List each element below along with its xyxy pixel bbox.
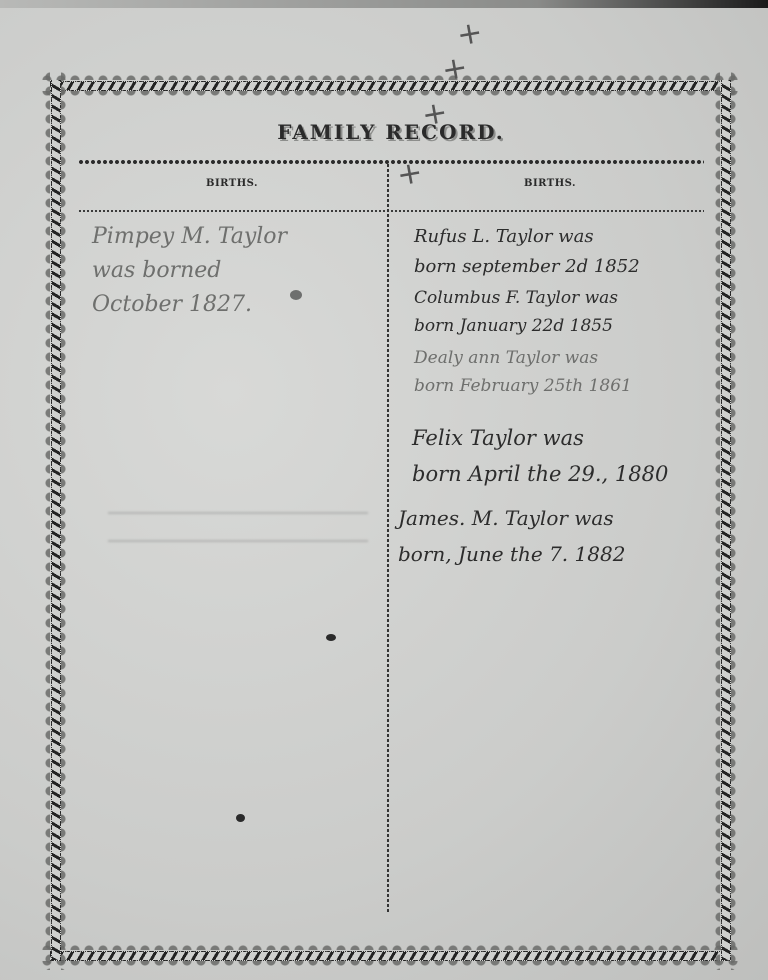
entry-line: born January 22d 1855 (414, 312, 618, 340)
birth-entry-left-0: Pimpey M. Taylor was borned October 1827… (92, 220, 287, 322)
border-tooth-col (61, 70, 71, 970)
border-rope (50, 951, 730, 961)
entry-line: born February 25th 1861 (414, 372, 632, 400)
entry-line: October 1827. (92, 288, 287, 322)
border-tooth-row (40, 940, 740, 950)
margin-annotation: ✕ ✕ ✕ ✕ (380, 10, 530, 210)
border-left (40, 70, 70, 970)
border-tooth-col (40, 70, 50, 970)
birth-entry-right-1: Columbus F. Taylor was born January 22d … (414, 284, 618, 340)
entry-line: was borned (92, 254, 287, 288)
entry-line: Columbus F. Taylor was (414, 284, 618, 312)
annotation-mark: ✕ (437, 52, 474, 87)
entry-line: born september 2d 1852 (414, 252, 640, 282)
column-header-right: BIRTHS. (524, 178, 576, 189)
entry-line: born, June the 7. 1882 (398, 536, 625, 572)
border-rope (51, 80, 61, 960)
record-page: FAMILY RECORD. BIRTHS. BIRTHS. Pimpey M.… (78, 108, 704, 918)
border-right (710, 70, 740, 970)
border-rope (721, 80, 731, 960)
annotation-mark: ✕ (417, 97, 454, 132)
ink-stain (236, 814, 245, 822)
annotation-mark: ✕ (392, 157, 429, 192)
border-tooth-col (731, 70, 741, 970)
entry-line: Felix Taylor was (412, 420, 668, 456)
birth-entry-right-4: James. M. Taylor was born, June the 7. 1… (398, 500, 625, 572)
column-header-left: BIRTHS. (206, 178, 258, 189)
entry-line: Rufus L. Taylor was (414, 222, 640, 252)
entry-line: born April the 29., 1880 (412, 456, 668, 492)
ink-stain (326, 634, 336, 641)
faded-handwriting (108, 498, 368, 568)
birth-entry-right-2: Dealy ann Taylor was born February 25th … (414, 344, 632, 400)
border-tooth-row (40, 961, 740, 971)
header-divider (78, 210, 704, 212)
birth-entry-right-0: Rufus L. Taylor was born september 2d 18… (414, 222, 640, 282)
photo-edge-shadow (0, 0, 768, 8)
border-tooth-col (710, 70, 720, 970)
ink-stain (290, 290, 302, 300)
column-divider (387, 164, 389, 914)
entry-line: Dealy ann Taylor was (414, 344, 632, 372)
entry-line: James. M. Taylor was (398, 500, 625, 536)
birth-entry-right-3: Felix Taylor was born April the 29., 188… (412, 420, 668, 492)
border-bottom (40, 940, 740, 970)
entry-line: Pimpey M. Taylor (92, 220, 287, 254)
annotation-mark: ✕ (452, 17, 489, 52)
